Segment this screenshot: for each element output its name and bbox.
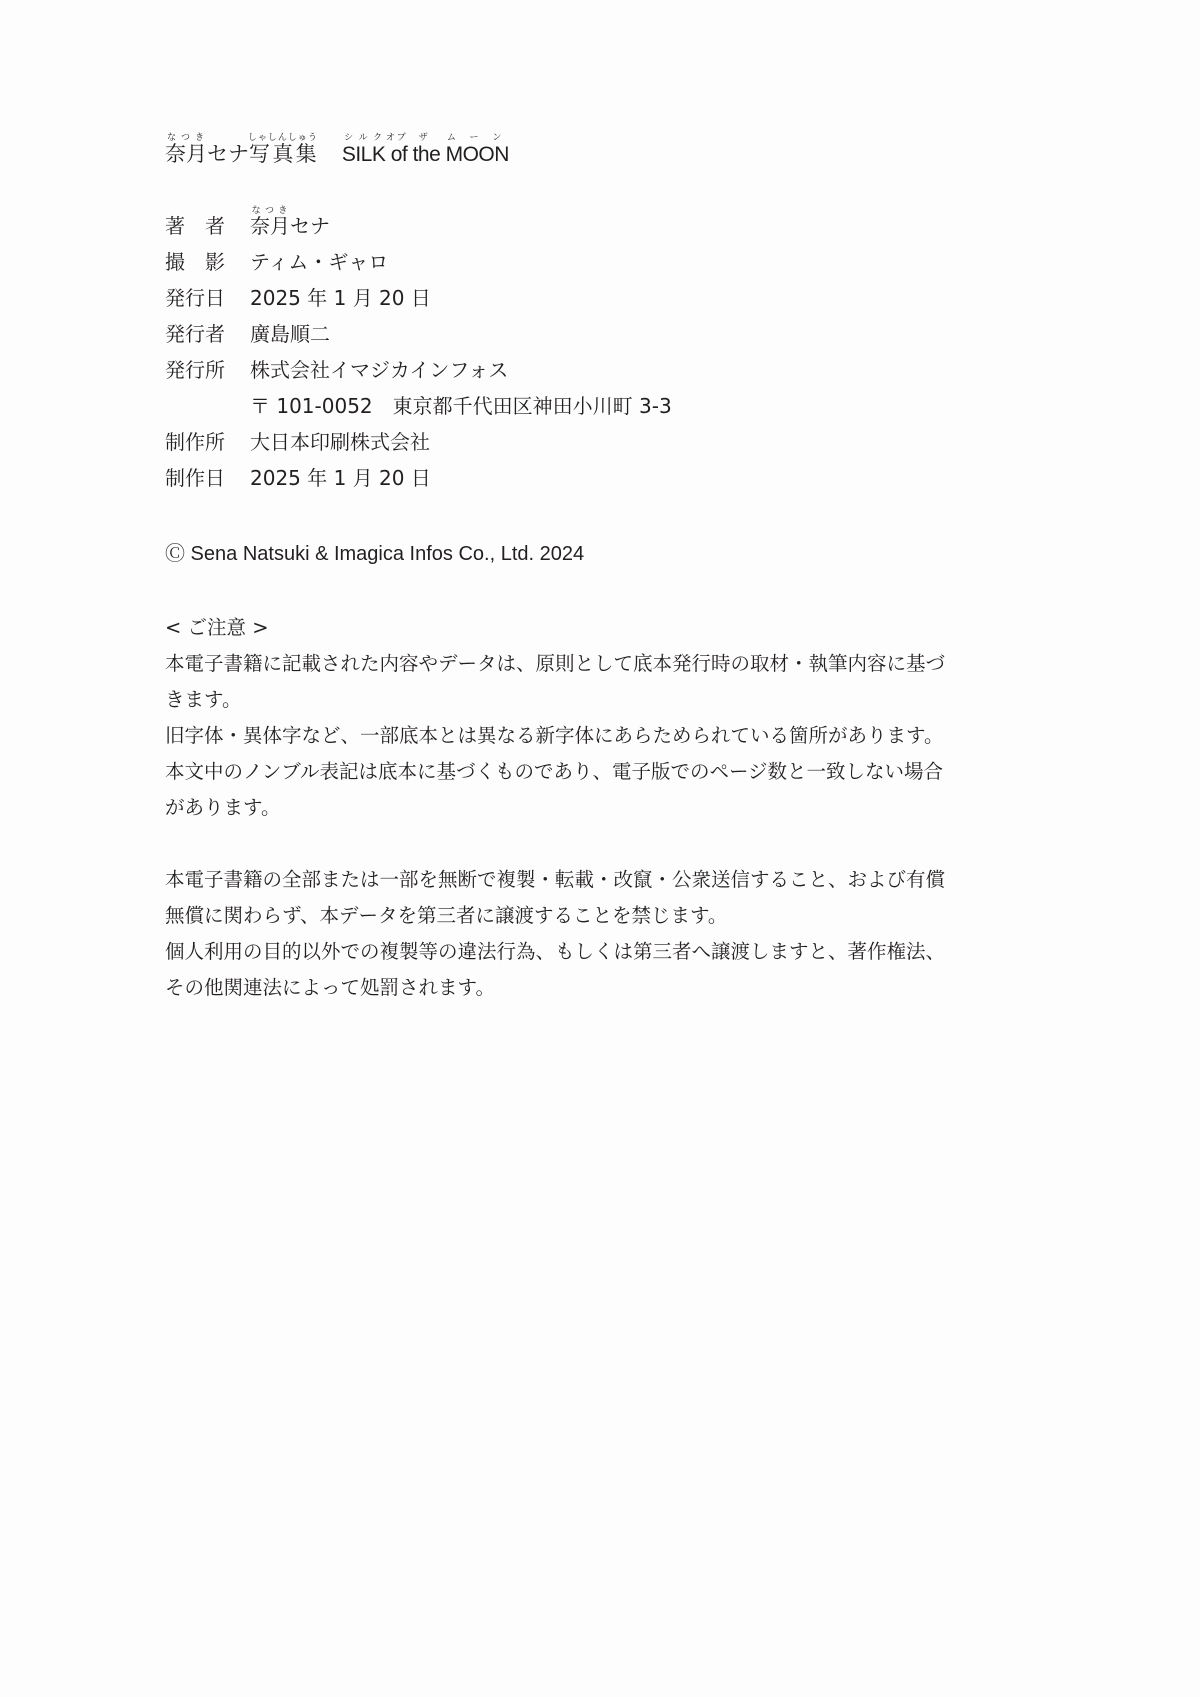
colophon-row-author: 著 者 奈月なつきセナ: [165, 208, 672, 244]
colophon-row-address: 〒 101-0052 東京都千代田区神田小川町 3-3: [165, 388, 672, 424]
colophon-page: 奈月なつきセナ写真集しゃしんしゅうSILKシルク ofオブ theザ MOONム…: [0, 0, 1200, 1697]
photographer-value: ティム・ギャロ: [250, 244, 388, 280]
ruby-text: なつき: [165, 133, 207, 143]
photographer-label: 撮 影: [165, 244, 250, 280]
notice-line: 本電子書籍に記載された内容やデータは、原則として底本発行時の取材・執筆内容に基づ: [165, 646, 1045, 682]
book-title: 奈月なつきセナ写真集しゃしんしゅうSILKシルク ofオブ theザ MOONム…: [165, 132, 509, 165]
author-label: 著 者: [165, 208, 250, 244]
colophon-row-production-date: 制作日 2025 年 1 月 20 日: [165, 460, 672, 496]
production-date-label: 制作日: [165, 460, 250, 496]
copyright-notice: Ⓒ Sena Natsuki & Imagica Infos Co., Ltd.…: [165, 537, 584, 566]
notice-line: その他関連法によって処罰されます。: [165, 970, 1045, 1006]
title-english: SILKシルク ofオブ theザ MOONムーン: [342, 143, 509, 166]
publisher-value: 株式会社イマジカインフォス: [250, 352, 508, 388]
colophon-row-photographer: 撮 影 ティム・ギャロ: [165, 244, 672, 280]
notice-heading: < ご注意 >: [165, 610, 1045, 646]
ruby-text: ザ: [407, 132, 440, 142]
notice-line: きます。: [165, 682, 1045, 718]
ruby-text: ムーン: [440, 132, 509, 142]
colophon-row-publisher-person: 発行者 廣島順二: [165, 316, 672, 352]
production-date-value: 2025 年 1 月 20 日: [250, 460, 431, 496]
title-ruby-moon: MOONムーン: [440, 143, 509, 166]
publish-date-value: 2025 年 1 月 20 日: [250, 280, 431, 316]
author-value: 奈月なつきセナ: [250, 206, 330, 244]
title-en-silk: SILK: [342, 143, 386, 166]
title-ruby-shashinshu: 写真集しゃしんしゅう: [249, 142, 318, 166]
colophon-row-producer: 制作所 大日本印刷株式会社: [165, 424, 672, 460]
publisher-person-value: 廣島順二: [250, 316, 330, 352]
title-text-sena: セナ: [207, 142, 249, 166]
title-en-the: the: [407, 143, 440, 166]
notice-line: 旧字体・異体字など、一部底本とは異なる新字体にあらためられている箇所があります。: [165, 718, 1045, 754]
notice-line: があります。: [165, 790, 1045, 826]
notice-line: 無償に関わらず、本データを第三者に譲渡することを禁じます。: [165, 898, 1045, 934]
notice-line: 個人利用の目的以外での複製等の違法行為、もしくは第三者へ譲渡しますと、著作権法、: [165, 934, 1045, 970]
notice-line: 本文中のノンブル表記は底本に基づくものであり、電子版でのページ数と一致しない場合: [165, 754, 1045, 790]
title-en-of: of: [385, 143, 407, 166]
notice-line: 本電子書籍の全部または一部を無断で複製・転載・改竄・公衆送信すること、および有償: [165, 862, 1045, 898]
publish-date-label: 発行日: [165, 280, 250, 316]
colophon-row-publisher: 発行所 株式会社イマジカインフォス: [165, 352, 672, 388]
title-ruby-silk: SILKシルク: [342, 143, 386, 166]
title-ruby-the: theザ: [407, 143, 440, 166]
ruby-text: オブ: [385, 132, 407, 142]
publisher-person-label: 発行者: [165, 316, 250, 352]
author-name-kanji: 奈月: [250, 214, 290, 238]
paragraph-spacer: [165, 826, 1045, 862]
title-ruby-natsuki: 奈月なつき: [165, 142, 207, 166]
title-text-shashinshu: 写真集: [248, 142, 318, 166]
address-value: 〒 101-0052 東京都千代田区神田小川町 3-3: [250, 388, 672, 424]
colophon-row-publish-date: 発行日 2025 年 1 月 20 日: [165, 280, 672, 316]
producer-label: 制作所: [165, 424, 250, 460]
ruby-text: シルク: [342, 132, 386, 142]
producer-value: 大日本印刷株式会社: [250, 424, 430, 460]
colophon-table: 著 者 奈月なつきセナ 撮 影 ティム・ギャロ 発行日 2025 年 1 月 2…: [165, 208, 672, 496]
title-text-natsuki: 奈月: [165, 142, 207, 166]
notice-section: < ご注意 > 本電子書籍に記載された内容やデータは、原則として底本発行時の取材…: [165, 610, 1045, 1006]
author-name-kana: セナ: [290, 214, 330, 238]
ruby-text: しゃしんしゅう: [248, 133, 318, 143]
title-ruby-of: ofオブ: [385, 143, 407, 166]
publisher-label: 発行所: [165, 352, 250, 388]
title-en-moon: MOON: [440, 143, 509, 166]
ruby-text: なつき: [250, 206, 290, 216]
